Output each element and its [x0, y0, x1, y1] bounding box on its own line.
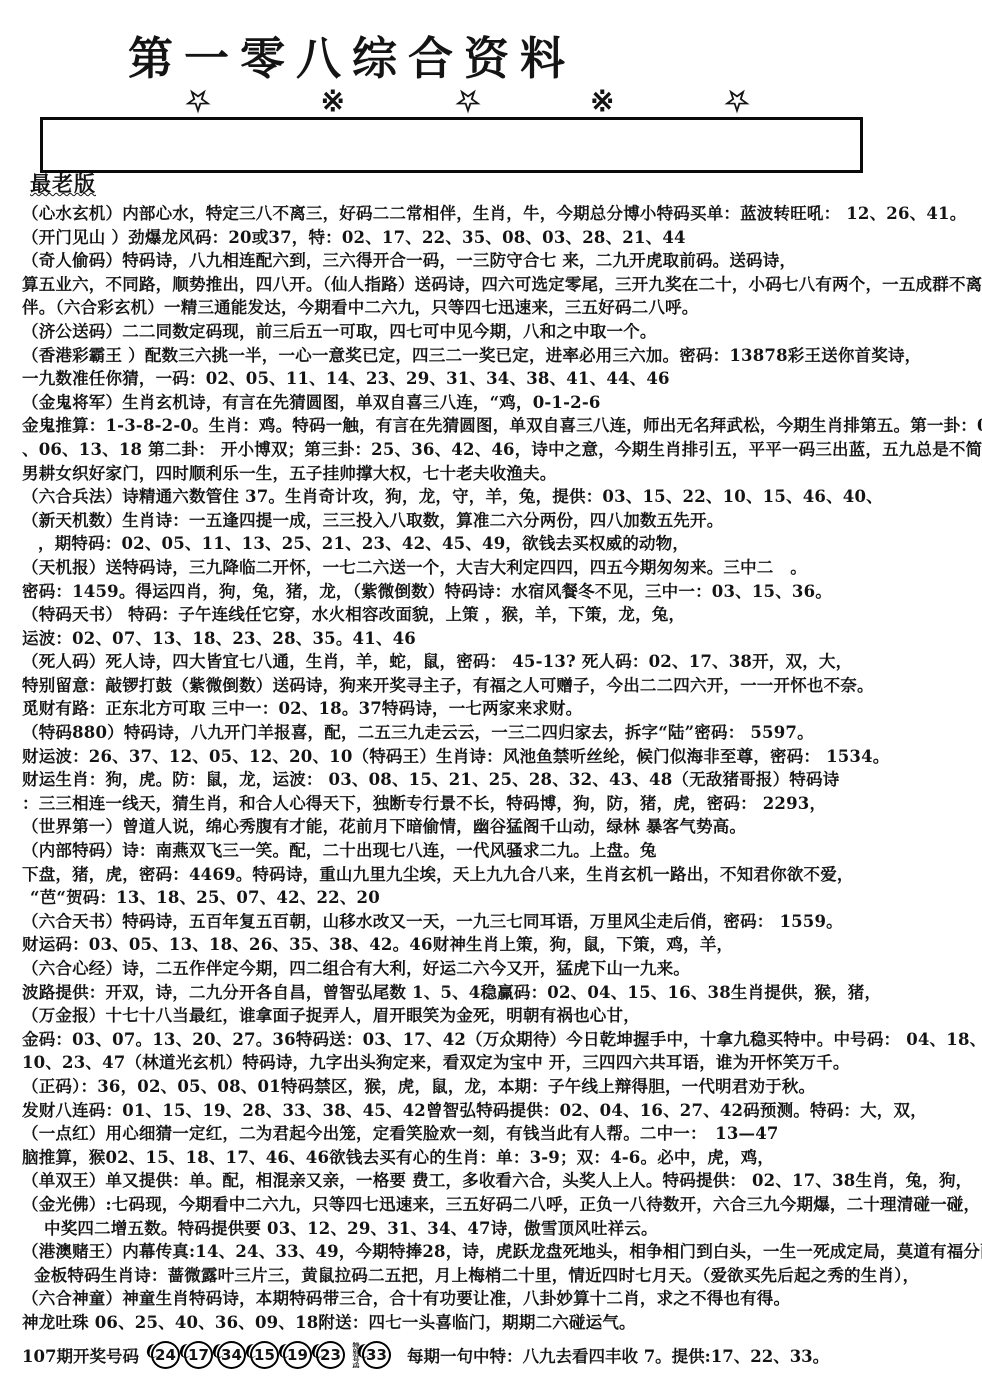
text-line: （六合心经）诗，二五作伴定今期，四二组合有大利，好运二六今又开，猛虎下山一九来。	[22, 957, 980, 981]
text-line: （港澳赌王）内幕传真:14、24、33、49，今期特捧28，诗，虎跃龙盘死地头，…	[22, 1240, 980, 1264]
text-line: （死人码）死人诗，四大皆宜七八通，生肖，羊，蛇，鼠，密码： 45-13? 死人码…	[22, 650, 980, 674]
text-line: 神龙吐珠 06、25、40、36、09、18附送：四七一头喜临门，期期二六碰运气…	[22, 1311, 980, 1335]
draw-label: 107期开奖号码	[22, 1343, 139, 1367]
text-line: 财运生肖：狗，虎。防：鼠，龙，运波： 03、08、15、21、25、28、32、…	[22, 768, 980, 792]
special-number-chip: 33	[362, 1341, 391, 1369]
text-line: （内部特码）诗：南燕双飞三一笑。配，二十出现七八连，一代风骚求二九。上盘。兔	[22, 839, 980, 863]
text-line: 金码：03、07。13、20、27。36特码送：03、17、42（万众期待）今日…	[22, 1028, 980, 1052]
text-line: ，期特码：02、05、11、13、25、21、23、42、45、49，欲钱去买权…	[22, 532, 980, 556]
body-text: （心水玄机）内部心水，特定三八不离三，好码二二常相伴，生肖，牛，今期总分博小特码…	[22, 202, 980, 1335]
text-line: 波路提供：开双，诗，二九分开各自昌，曾智弘尾数 1、5、4稳赢码：02、04、1…	[22, 981, 980, 1005]
decor-row: ☆※☆※☆	[185, 86, 750, 116]
text-line: 觅财有路：正东北方可取 三中一：02、18。37特码诗，一七两家来求财。	[22, 697, 980, 721]
text-line: （六合神童）神童生肖特码诗，本期特码带三合，合十有功要让准，八卦妙算十二肖，求之…	[22, 1287, 980, 1311]
text-line: （万金报）十七十八当最红，谁拿面子捉弄人，眉开眼笑为金死，明朝有祸也心甘，	[22, 1004, 980, 1028]
text-line: 金板特码生肖诗：蔷微露叶三片三，黄鼠拉码二五把，月上梅梢二十里，情近四时七月天。…	[22, 1264, 980, 1288]
text-line: ：三三相连一线天，猜生肖，和合人心得天下，独断专行景不长，特码博，狗，防，猪，虎…	[22, 792, 980, 816]
text-line: （特码天书） 特码：子午连线任它穿，水火相容改面貌，上策 ，猴，羊，下策，龙，兔…	[22, 603, 980, 627]
document-page: 第一零八综合资料 ☆※☆※☆ 最老版 （心水玄机）内部心水，特定三八不离三，好码…	[0, 0, 982, 1388]
text-line: 10、23、47（林道光玄机）特码诗，九字出头狗定来，看双定为宝中 开，三四四六…	[22, 1051, 980, 1075]
text-line: （一点红）用心细猜一定红，二为君起今出笼，定看笑脸欢一刻，有钱当此有人帮。二中一…	[22, 1122, 980, 1146]
draw-tail-text: 每期一句中特：八九去看四丰收 7。提供:17、22、33。	[407, 1343, 829, 1367]
text-line: （金鬼将军）生肖玄机诗，有言在先猜圆图，单双自喜三八连，“鸡，0-1-2-6	[22, 391, 980, 415]
text-line: （天机报）送特码诗，三九降临二开怀，一七二六送一个，大吉大利定四四，四五今期匆匆…	[22, 556, 980, 580]
draw-number: 34	[217, 1341, 246, 1369]
text-line: （香港彩霸王 ）配数三六挑一半，一心一意奖已定，四三二一奖已定，进率必用三六加。…	[22, 344, 980, 368]
reference-mark-icon: ※	[590, 86, 614, 116]
edition-label: 最老版	[30, 168, 96, 198]
text-line: 、06、13、18 第二卦： 开小博双；第三卦：25、36、42、46，诗中之意…	[22, 438, 980, 462]
text-line: 脑推算，猴02、15、18、17、46、46欲钱去买有心的生肖：单：3-9；双：…	[22, 1146, 980, 1170]
text-line: 算五业六，不同路，顺势推出，四八开。（仙人指路）送码诗，四六可选定零尾，三开九奖…	[22, 273, 980, 297]
text-line: 中奖四二增五数。特码提供要 03、12、29、31、34、47诗，傲雪顶风吐祥云…	[22, 1217, 980, 1241]
text-line: （奇人偷码）特码诗，八九相连配六到，三六得开合一码，一三防守合七 来，二九开虎取…	[22, 249, 980, 273]
draw-number: 23	[316, 1341, 345, 1369]
text-line: 运波：02、07、13、18、23、28、35。41、46	[22, 627, 980, 651]
text-line: （六合天书）特码诗，五百年复五百朝，山移水改又一天，一九三七同耳语，万里风尘走后…	[22, 910, 980, 934]
text-line: 一九数准任你猜，一码：02、05、11、14、23、29、31、34、38、41…	[22, 367, 980, 391]
text-line: （单双王）单又提供：单。配，相混亲又亲，一格要 费工，多收看六合，头奖人上人。特…	[22, 1169, 980, 1193]
draw-number: 17	[184, 1341, 213, 1369]
draw-number: 19	[283, 1341, 312, 1369]
text-line: （六合兵法）诗精通六数管住 37。生肖奇计攻，狗，龙，守，羊，兔，提供：03、1…	[22, 485, 980, 509]
text-line: （世界第一）曾道人说，绵心秀腹有才能，花前月下暗偷情，幽谷猛阁千山动，绿林 暴客…	[22, 815, 980, 839]
draw-number: 15	[250, 1341, 279, 1369]
text-line: （特码880）特码诗，八九开门羊报喜，配，二五三九走云云，一三二四归家去，拆字“…	[22, 721, 980, 745]
star-icon: ☆	[455, 86, 481, 116]
text-line: 男耕女织好家门，四时顺利乐一生，五子挂帅撑大权，七十老夫收渔夫。	[22, 462, 980, 486]
text-line: 密码：1459。得运四肖，狗，兔，猪，龙，（紫微倒数）特码诗：水宿风餐冬不见，三…	[22, 580, 980, 604]
text-line: 下盘，猪，虎，密码：4469。特码诗，重山九里九尘埃，天上九九合八来，生肖玄机一…	[22, 863, 980, 887]
text-line: 金鬼推算：1-3-8-2-0。生肖：鸡。特码一触，有言在先猜圆图，单双自喜三八连…	[22, 414, 980, 438]
draw-number-chips: 241734151923	[149, 1341, 347, 1369]
text-line: （正码）：36，02、05、08、01特码禁区，猴，虎，鼠，龙，本期：子午线上辩…	[22, 1075, 980, 1099]
text-line: （济公送码）二二同数定码现，前三后五一可取，四七可中见今期，八和之中取一个。	[22, 320, 980, 344]
text-line: （开门见山 ）劲爆龙风码：20或37，特：02、17、22、35、08、03、2…	[22, 226, 980, 250]
text-line: 伴。（六合彩玄机）一精三通能发达，今期看中二六九，只等四七迅速来，三五好码二八呼…	[22, 296, 980, 320]
reference-mark-icon: ※	[321, 86, 345, 116]
star-icon: ☆	[185, 86, 211, 116]
draw-number: 24	[151, 1341, 180, 1369]
text-line: 财运波：26、37、12、05、12、20、10（特码王）生肖诗：风池鱼禁听丝纶…	[22, 745, 980, 769]
blank-box	[40, 117, 863, 173]
text-line: （新天机数）生肖诗：一五逢四提一成，三三投入八取数，算准二六分两份，四八加数五先…	[22, 509, 980, 533]
text-line: （心水玄机）内部心水，特定三八不离三，好码二二常相伴，生肖，牛，今期总分博小特码…	[22, 202, 980, 226]
text-line: 发财八连码：01、15、19、28、33、38、45、42曾智弘特码提供：02、…	[22, 1099, 980, 1123]
text-line: 财运码：03、05、13、18、26、35、38、42。46财神生肖上策，狗，鼠…	[22, 933, 980, 957]
star-icon: ☆	[724, 86, 750, 116]
text-line: （金光佛）:七码现，今期看中二六九，只等四七迅速来，三五好码二八呼，正负一八待数…	[22, 1193, 980, 1217]
page-title: 第一零八综合资料	[128, 22, 576, 87]
text-line: 特别留意：敲锣打鼓（紫微倒数）送码诗，狗来开奖寻主子，有福之人可赠子，今出二二四…	[22, 674, 980, 698]
draw-result-row: 107期开奖号码 241734151923 特别号码 33 每期一句中特：八九去…	[22, 1338, 829, 1372]
text-line: “芭“贺码：13、18、25、07、42、22、20	[22, 886, 980, 910]
